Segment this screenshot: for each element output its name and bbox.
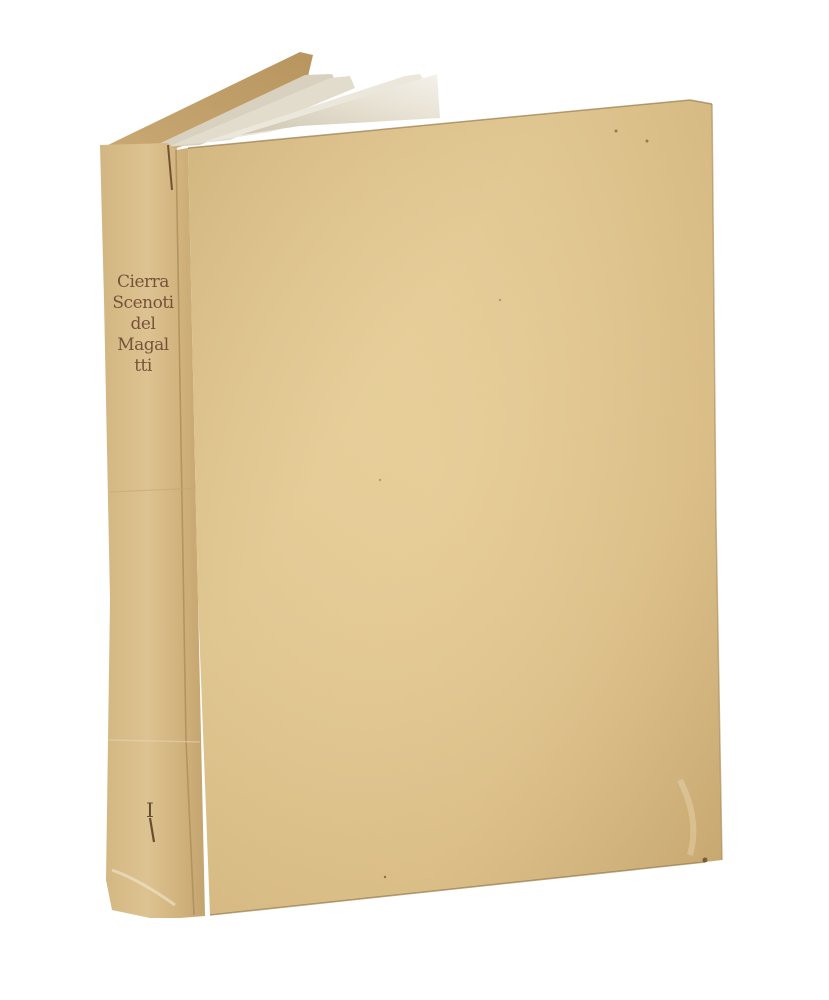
spine-line: Magal: [103, 335, 183, 356]
spine-line: Scenoti: [103, 293, 183, 314]
book-photo: [0, 0, 829, 1000]
spine-line: tti: [103, 356, 183, 377]
shelf-mark: I: [146, 798, 154, 822]
spine-line: del: [103, 314, 183, 335]
spine-line: Cierra: [103, 272, 183, 293]
spine-title: Cierra Scenoti del Magal tti: [103, 272, 183, 377]
